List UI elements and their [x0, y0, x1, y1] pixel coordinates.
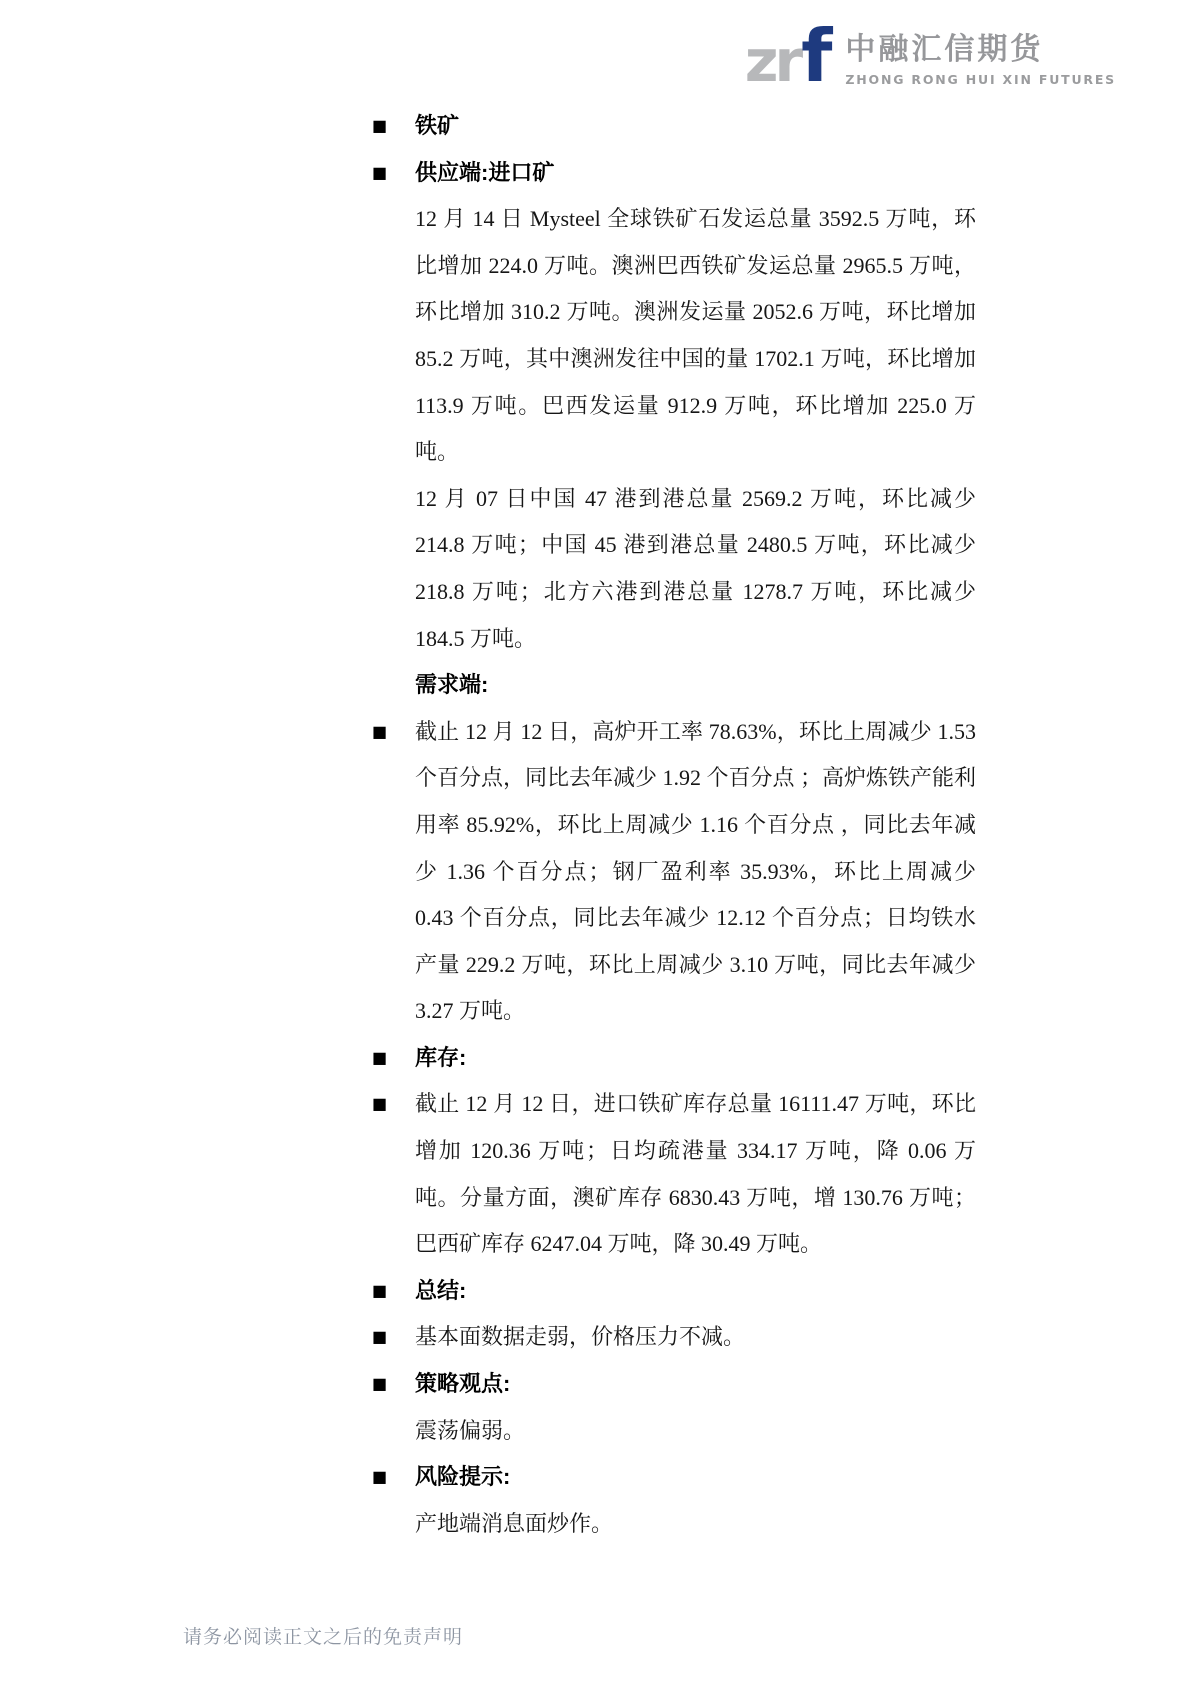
bullet-item-strategy-heading: ■ 策略观点:	[372, 1361, 976, 1408]
paragraph-inventory-text: 截止 12 月 12 日，进口铁矿库存总量 16111.47 万吨，环比增加 1…	[415, 1081, 976, 1267]
section-heading-inventory: 库存:	[415, 1035, 976, 1082]
paragraph-shipments: 12 月 14 日 Mysteel 全球铁矿石发运总量 3592.5 万吨，环比…	[372, 196, 976, 476]
bullet-square-icon: ■	[372, 1268, 415, 1315]
report-page: zrf 中融汇信期货 ZHONG RONG HUI XIN FUTURES ■ …	[0, 0, 1190, 1683]
paragraph-risk-text: 产地端消息面炒作。	[415, 1501, 976, 1548]
company-logo: zrf 中融汇信期货 ZHONG RONG HUI XIN FUTURES	[745, 20, 1116, 92]
indent-spacer	[372, 1408, 415, 1455]
bullet-item-summary: ■ 基本面数据走弱，价格压力不减。	[372, 1314, 976, 1361]
logo-f-letter: f	[801, 14, 832, 98]
bullet-square-icon: ■	[372, 1454, 415, 1501]
bullet-item-inventory-heading: ■ 库存:	[372, 1035, 976, 1082]
section-heading-summary: 总结:	[415, 1268, 976, 1315]
indent-spacer	[372, 662, 415, 709]
bullet-square-icon: ■	[372, 1361, 415, 1408]
bullet-square-icon: ■	[372, 709, 415, 1035]
paragraph-arrivals: 12 月 07 日中国 47 港到港总量 2569.2 万吨，环比减少 214.…	[372, 476, 976, 662]
bullet-item-inventory: ■ 截止 12 月 12 日，进口铁矿库存总量 16111.47 万吨，环比增加…	[372, 1081, 976, 1267]
paragraph-arrivals-text: 12 月 07 日中国 47 港到港总量 2569.2 万吨，环比减少 214.…	[415, 476, 976, 662]
bullet-item-demand: ■ 截止 12 月 12 日，高炉开工率 78.63%，环比上周减少 1.53 …	[372, 709, 976, 1035]
paragraph-strategy: 震荡偏弱。	[372, 1408, 976, 1455]
report-body: ■ 铁矿 ■ 供应端:进口矿 12 月 14 日 Mysteel 全球铁矿石发运…	[372, 103, 976, 1547]
bullet-item-summary-heading: ■ 总结:	[372, 1268, 976, 1315]
bullet-square-icon: ■	[372, 1314, 415, 1361]
footer-disclaimer: 请务必阅读正文之后的免责声明	[183, 1622, 463, 1649]
indent-spacer	[372, 196, 415, 476]
paragraph-risk: 产地端消息面炒作。	[372, 1501, 976, 1548]
logo-wordmark: zrf	[745, 20, 833, 92]
paragraph-summary-text: 基本面数据走弱，价格压力不减。	[415, 1314, 976, 1361]
bullet-square-icon: ■	[372, 150, 415, 197]
logo-zr-letters: zr	[745, 27, 799, 95]
logo-company-name-cn: 中融汇信期货	[845, 33, 1116, 66]
indent-spacer	[372, 1501, 415, 1548]
bullet-item-iron-ore: ■ 铁矿	[372, 103, 976, 150]
bullet-square-icon: ■	[372, 1081, 415, 1267]
section-heading-iron-ore: 铁矿	[415, 103, 976, 150]
section-heading-supply: 供应端:进口矿	[415, 150, 976, 197]
section-heading-risk: 风险提示:	[415, 1454, 976, 1501]
indent-spacer	[372, 476, 415, 662]
paragraph-shipments-text: 12 月 14 日 Mysteel 全球铁矿石发运总量 3592.5 万吨，环比…	[415, 196, 976, 476]
section-heading-strategy: 策略观点:	[415, 1361, 976, 1408]
bullet-square-icon: ■	[372, 103, 415, 150]
sub-heading-demand: 需求端:	[372, 662, 976, 709]
paragraph-strategy-text: 震荡偏弱。	[415, 1408, 976, 1455]
bullet-item-supply-heading: ■ 供应端:进口矿	[372, 150, 976, 197]
bullet-square-icon: ■	[372, 1035, 415, 1082]
logo-names: 中融汇信期货 ZHONG RONG HUI XIN FUTURES	[845, 20, 1116, 87]
sub-heading-demand-text: 需求端:	[415, 662, 976, 709]
logo-company-name-en: ZHONG RONG HUI XIN FUTURES	[845, 72, 1116, 87]
bullet-item-risk-heading: ■ 风险提示:	[372, 1454, 976, 1501]
paragraph-demand-text: 截止 12 月 12 日，高炉开工率 78.63%，环比上周减少 1.53 个百…	[415, 709, 976, 1035]
